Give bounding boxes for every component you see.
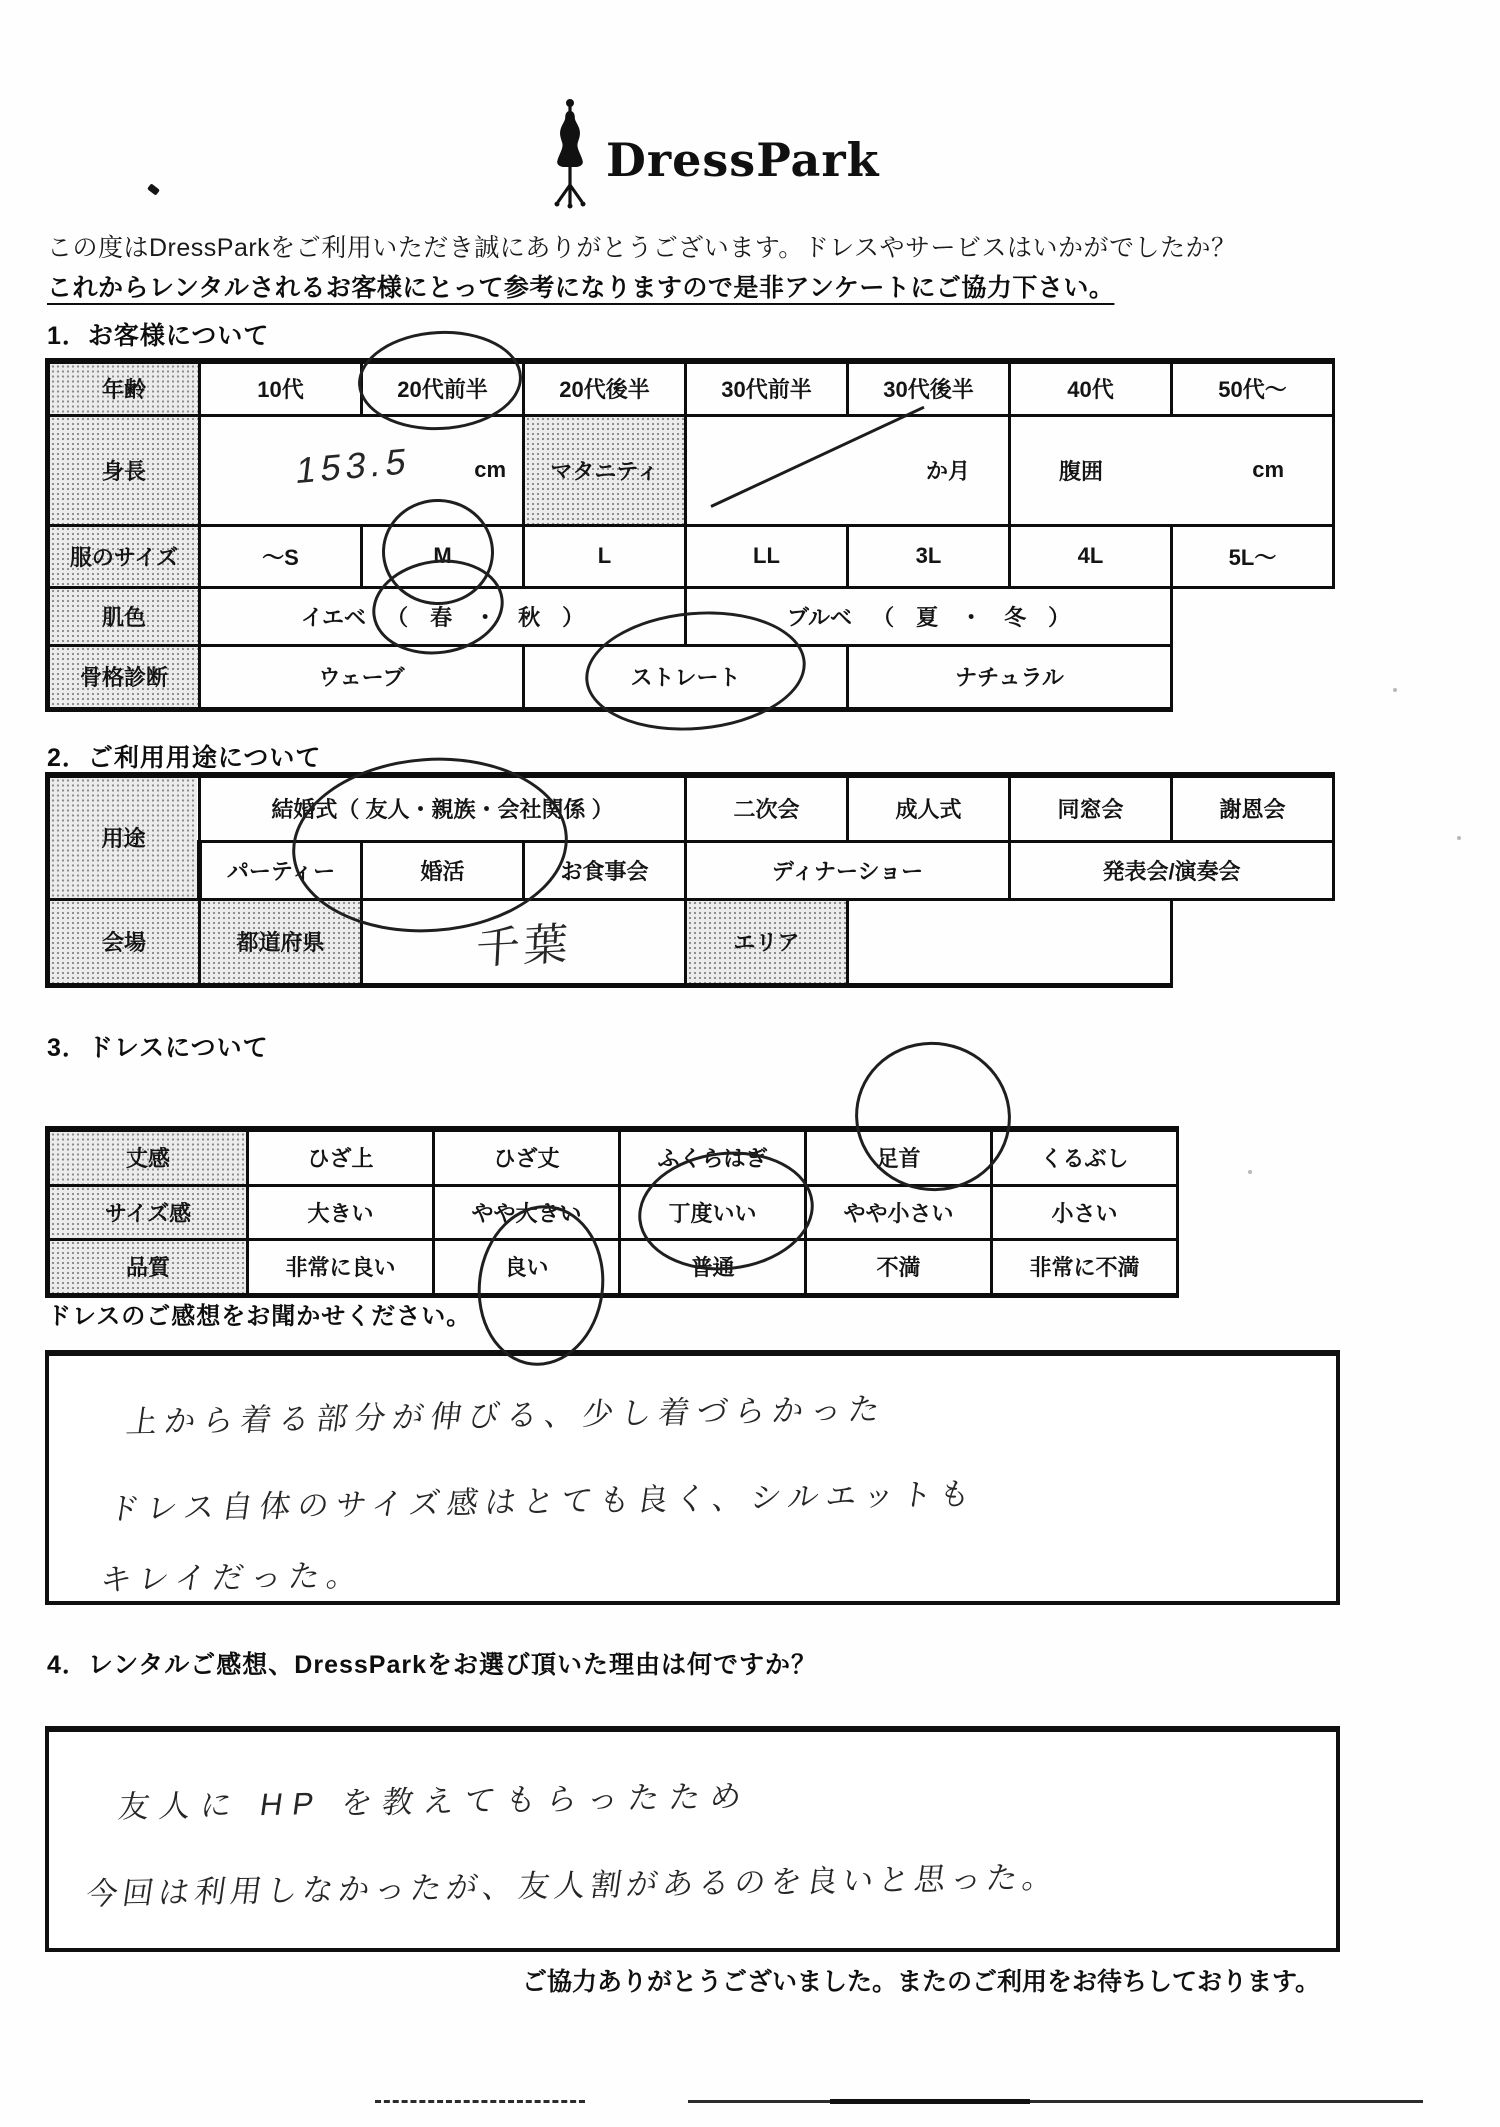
logo-wordmark: DressPark xyxy=(606,133,879,187)
area-label-cell: エリア xyxy=(686,899,848,985)
scanned-questionnaire: DressPark この度はDressParkをご利用いただき誠にありがとうござ… xyxy=(0,0,1500,2127)
waist-unit-label: cm xyxy=(1252,457,1284,483)
ink-blot xyxy=(147,183,160,195)
purpose-row-2: パーティー 婚活 お食事会 ディナーショー 発表会/演奏会 xyxy=(48,841,1334,899)
option-cell: 非常に良い xyxy=(248,1239,434,1295)
handwritten-height-value: 153.5 xyxy=(294,439,414,492)
option-cell: 3L xyxy=(848,525,1010,587)
closing-text: ご協力ありがとうございました。またのご利用をお待ちしております。 xyxy=(522,1962,1320,1998)
option-cell: 同窓会 xyxy=(1010,775,1172,841)
venue-row: 会場 都道府県 千葉 エリア xyxy=(48,899,1334,985)
purpose-row-1: 用途 結婚式（ 友人・親族・会社関係 ） 二次会 成人式 同窓会 謝恩会 xyxy=(48,775,1334,841)
months-label: か月 xyxy=(926,455,970,486)
dress-feedback-box: 上から着る部分が伸びる、少し着づらかった ドレス自体のサイズ感はとても良く、シル… xyxy=(45,1350,1340,1605)
fit-row: サイズ感 大きい やや大きい 丁度いい やや小さい 小さい xyxy=(48,1185,1178,1239)
option-cell: ウェーブ xyxy=(200,645,524,709)
frame-header-cell: 骨格診断 xyxy=(48,645,200,709)
fit-header-cell: サイズ感 xyxy=(48,1185,248,1239)
intro-text: この度はDressParkをご利用いただき誠にありがとうございます。ドレスやサー… xyxy=(47,228,1236,264)
option-cell: ディナーショー xyxy=(686,841,1010,899)
option-cell: 30代後半 xyxy=(848,361,1010,415)
option-cell: 謝恩会 xyxy=(1172,775,1334,841)
option-cell: 5L～ xyxy=(1172,525,1334,587)
quality-row: 品質 非常に良い 良い 普通 不満 非常に不満 xyxy=(48,1239,1178,1295)
option-cell: 大きい xyxy=(248,1185,434,1239)
handwritten-feedback-line: 今回は利用しなかったが、友人割があるのを良いと思った。 xyxy=(84,1851,1062,1913)
scan-noise-dot xyxy=(1393,688,1397,692)
option-cell: 不満 xyxy=(806,1239,992,1295)
scan-edge-line xyxy=(830,2099,1030,2104)
option-cell: 成人式 xyxy=(848,775,1010,841)
option-cell: LL xyxy=(686,525,848,587)
survey-request-note: これからレンタルされるお客様にとって参考になりますので是非アンケートにご協力下さ… xyxy=(47,268,1114,304)
size-header-cell: 服のサイズ xyxy=(48,525,200,587)
option-cell: 40代 xyxy=(1010,361,1172,415)
option-cell: ひざ上 xyxy=(248,1129,434,1185)
maternity-months-cell: か月 xyxy=(686,415,1010,525)
purpose-header-cell: 用途 xyxy=(48,775,200,899)
dress-form-icon xyxy=(548,96,592,210)
waist-cell: 腹囲 cm xyxy=(1010,415,1334,525)
option-cell: ナチュラル xyxy=(848,645,1172,709)
option-cell: 非常に不満 xyxy=(992,1239,1178,1295)
height-value-cell: 153.5 cm xyxy=(200,415,524,525)
table-spacer xyxy=(1172,587,1334,645)
logo: DressPark xyxy=(548,96,879,210)
handwritten-feedback-line: ドレス自体のサイズ感はとても良く、シルエットも xyxy=(106,1468,981,1528)
section2-heading: 2．ご利用用途について xyxy=(47,738,321,774)
section4-heading: 4．レンタルご感想、DressParkをお選び頂いた理由は何ですか？ xyxy=(47,1645,817,1681)
venue-header-cell: 会場 xyxy=(48,899,200,985)
option-cell: ～S xyxy=(200,525,362,587)
usage-purpose-table: 用途 結婚式（ 友人・親族・会社関係 ） 二次会 成人式 同窓会 謝恩会 パーテ… xyxy=(45,772,1335,988)
scan-noise-dot xyxy=(1248,1170,1252,1174)
section1-heading: 1．お客様について xyxy=(47,316,269,352)
table-spacer xyxy=(1172,645,1334,709)
scan-edge-line xyxy=(688,2100,1423,2103)
option-cell: ひざ丈 xyxy=(434,1129,620,1185)
area-value-cell xyxy=(848,899,1172,985)
section3-heading: 3．ドレスについて xyxy=(47,1028,269,1064)
skin-header-cell: 肌色 xyxy=(48,587,200,645)
scan-noise-dot xyxy=(1457,836,1461,840)
table-spacer xyxy=(1172,899,1334,985)
age-header-cell: 年齢 xyxy=(48,361,200,415)
handwritten-slash-mark xyxy=(710,405,924,507)
blue-base-label: ブルベ xyxy=(787,605,852,630)
height-header-cell: 身長 xyxy=(48,415,200,525)
yellow-base-label: イエベ xyxy=(301,605,366,630)
option-cell: 20代後半 xyxy=(524,361,686,415)
option-cell: 50代～ xyxy=(1172,361,1334,415)
dress-feedback-prompt: ドレスのご感想をお聞かせください。 xyxy=(47,1296,471,1331)
option-cell: やや小さい xyxy=(806,1185,992,1239)
quality-header-cell: 品質 xyxy=(48,1239,248,1295)
option-cell: 4L xyxy=(1010,525,1172,587)
age-row: 年齢 10代 20代前半 20代後半 30代前半 30代後半 40代 50代～ xyxy=(48,361,1334,415)
length-header-cell: 丈感 xyxy=(48,1129,248,1185)
option-cell: 小さい xyxy=(992,1185,1178,1239)
handwritten-feedback-line: 上から着る部分が伸びる、少し着づらかった xyxy=(124,1383,890,1441)
dress-rating-table: 丈感 ひざ上 ひざ丈 ふくらはぎ 足首 くるぶし サイズ感 大きい やや大きい … xyxy=(45,1126,1179,1298)
waist-label: 腹囲 xyxy=(1059,455,1103,486)
handwritten-feedback-line: キレイだった。 xyxy=(98,1550,368,1600)
rental-feedback-box: 友人に HP を教えてもらったため 今回は利用しなかったが、友人割があるのを良い… xyxy=(45,1726,1340,1952)
scan-edge-line xyxy=(375,2100,585,2103)
handwritten-feedback-line: 友人に HP を教えてもらったため xyxy=(116,1770,755,1826)
option-cell: 二次会 xyxy=(686,775,848,841)
maternity-label-cell: マタニティ xyxy=(524,415,686,525)
option-cell: くるぶし xyxy=(992,1129,1178,1185)
option-cell: 発表会/演奏会 xyxy=(1010,841,1334,899)
option-cell: 30代前半 xyxy=(686,361,848,415)
option-cell: 10代 xyxy=(200,361,362,415)
height-row: 身長 153.5 cm マタニティ か月 腹囲 cm xyxy=(48,415,1334,525)
blue-base-note: （ 夏 ・ 冬 ） xyxy=(872,605,1070,630)
height-unit-label: cm xyxy=(474,457,506,483)
clothing-size-row: 服のサイズ ～S M L LL 3L 4L 5L～ xyxy=(48,525,1334,587)
option-cell: L xyxy=(524,525,686,587)
